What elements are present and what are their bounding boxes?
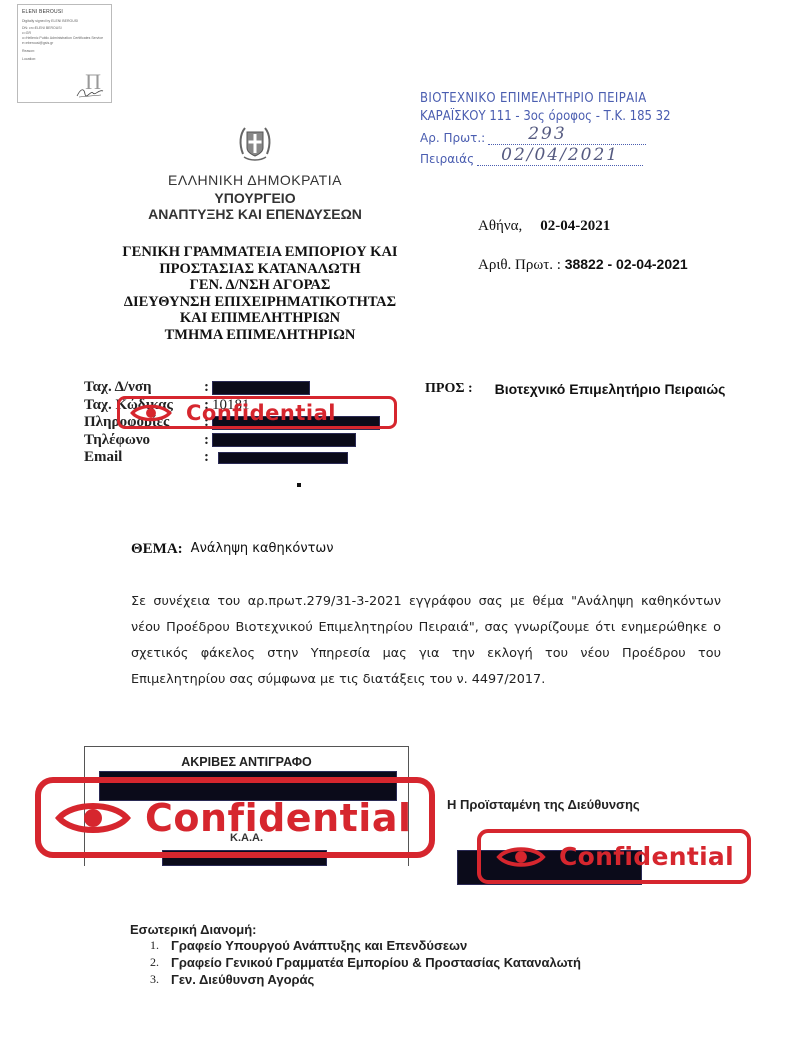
field-label: Email [84,449,204,466]
subject-value: Ανάληψη καθηκόντων [191,541,334,558]
department-line: ΚΑΙ ΕΠΙΜΕΛΗΤΗΡΙΩΝ [100,310,420,327]
protocol-label: Αριθ. Πρωτ. : [478,257,561,273]
redaction-bar [212,433,356,447]
list-item: 2.Γραφείο Γενικού Γραμματέα Εμπορίου & Π… [150,954,581,971]
greek-emblem-icon [238,124,272,164]
field-label: Ταχ. Δ/νση [84,379,204,396]
ministry-title: ΥΠΟΥΡΓΕΙΟ [110,190,400,206]
date-value: 02-04-2021 [540,218,610,234]
dot-mark [297,483,301,487]
stamp-protocol-value: 293 [528,124,566,144]
ministry-name: ΑΝΑΠΤΥΞΗΣ ΚΑΙ ΕΠΕΝΔΥΣΕΩΝ [110,206,400,222]
eye-icon [130,402,172,424]
confidential-label: Confidential [559,842,734,871]
list-item: 3.Γεν. Διεύθυνση Αγοράς [150,971,581,988]
stamp-date-label: Πειραιάς [420,152,474,166]
redaction-bar [218,452,348,464]
confidential-watermark: Confidential [117,396,397,429]
stamp-org: ΒΙΟΤΕΧΝΙΚΟ ΕΠΙΜΕΛΗΤΗΡΙΟ ΠΕΙΡΑΙΑ [420,91,636,106]
stamp-address: ΚΑΡΑΪΣΚΟΥ 111 - 3ος όροφος - Τ.Κ. 185 32 [420,109,636,124]
department-block: ΓΕΝΙΚΗ ΓΡΑΜΜΑΤΕΙΑ ΕΜΠΟΡΙΟΥ ΚΑΙ ΠΡΟΣΤΑΣΙΑ… [100,244,420,343]
field-label: Τηλέφωνο [84,432,204,449]
eye-icon [55,798,131,838]
eye-icon [495,844,547,870]
field-phone: Τηλέφωνο : [84,432,380,450]
digital-signature-box: ELENI BEROUSI Digitally signed by ELENI … [17,4,112,103]
stamp-date-value: 02/04/2021 [501,145,619,165]
recipient-label: ΠΡΟΣ : [425,381,473,397]
recipient-value: Βιοτεχνικό Επιμελητήριο Πειραιώς [495,381,726,397]
department-line: ΓΕΝ. Δ/ΝΣΗ ΑΓΟΡΑΣ [100,277,420,294]
stamp-date-row: Πειραιάς 02/04/2021 [420,150,660,166]
field-email: Email : [84,449,380,467]
list-item: 1.Γραφείο Υπουργού Ανάπτυξης και Επενδύσ… [150,937,581,954]
protocol-number: Αριθ. Πρωτ. : 38822 - 02-04-2021 [478,256,688,274]
department-line: ΔΙΕΥΘΥΝΣΗ ΕΠΙΧΕΙΡΗΜΑΤΙΚΟΤΗΤΑΣ [100,294,420,311]
redaction-bar [212,381,310,395]
stamp-protocol-label: Αρ. Πρωτ.: [420,131,485,145]
department-line: ΓΕΝΙΚΗ ΓΡΑΜΜΑΤΕΙΑ ΕΜΠΟΡΙΟΥ ΚΑΙ [100,244,420,261]
body-paragraph: Σε συνέχεια του αρ.πρωτ.279/31-3-2021 εγ… [131,589,721,693]
subject-label: ΘΕΜΑ: [131,541,183,558]
receipt-stamp: ΒΙΟΤΕΧΝΙΚΟ ΕΠΙΜΕΛΗΤΗΡΙΟ ΠΕΙΡΑΙΑ ΚΑΡΑΪΣΚΟ… [420,91,660,166]
confidential-watermark: Confidential [477,829,751,884]
distribution-title: Εσωτερική Διανομή: [130,922,581,937]
protocol-value: 38822 - 02-04-2021 [565,256,688,272]
field-address: Ταχ. Δ/νση : [84,379,380,397]
confidential-label: Confidential [145,796,412,840]
signature-detail: Location: [22,57,107,62]
subject: ΘΕΜΑ: Ανάληψη καθηκόντων [131,541,334,558]
internal-distribution: Εσωτερική Διανομή: 1.Γραφείο Υπουργού Αν… [130,922,581,988]
date-city: Αθήνα, [478,218,522,234]
department-line: ΤΜΗΜΑ ΕΠΙΜΕΛΗΤΗΡΙΩΝ [100,327,420,344]
confidential-label: Confidential [186,401,336,425]
signer-title: Η Προϊσταμένη της Διεύθυνσης [447,797,640,812]
stamp-protocol-row: Αρ. Πρωτ.: 293 [420,129,660,145]
signature-scribble-icon [75,86,105,98]
republic-title: ΕΛΛΗΝΙΚΗ ΔΗΜΟΚΡΑΤΙΑ [110,172,400,188]
document-date: Αθήνα,02-04-2021 [478,218,610,235]
department-line: ΠΡΟΣΤΑΣΙΑΣ ΚΑΤΑΝΑΛΩΤΗ [100,261,420,278]
recipient: ΠΡΟΣ : Βιοτεχνικό Επιμελητήριο Πειραιώς [425,381,725,397]
certified-copy-title: ΑΚΡΙΒΕΣ ΑΝΤΙΓΡΑΦΟ [85,755,408,769]
confidential-watermark: Confidential [35,777,435,858]
